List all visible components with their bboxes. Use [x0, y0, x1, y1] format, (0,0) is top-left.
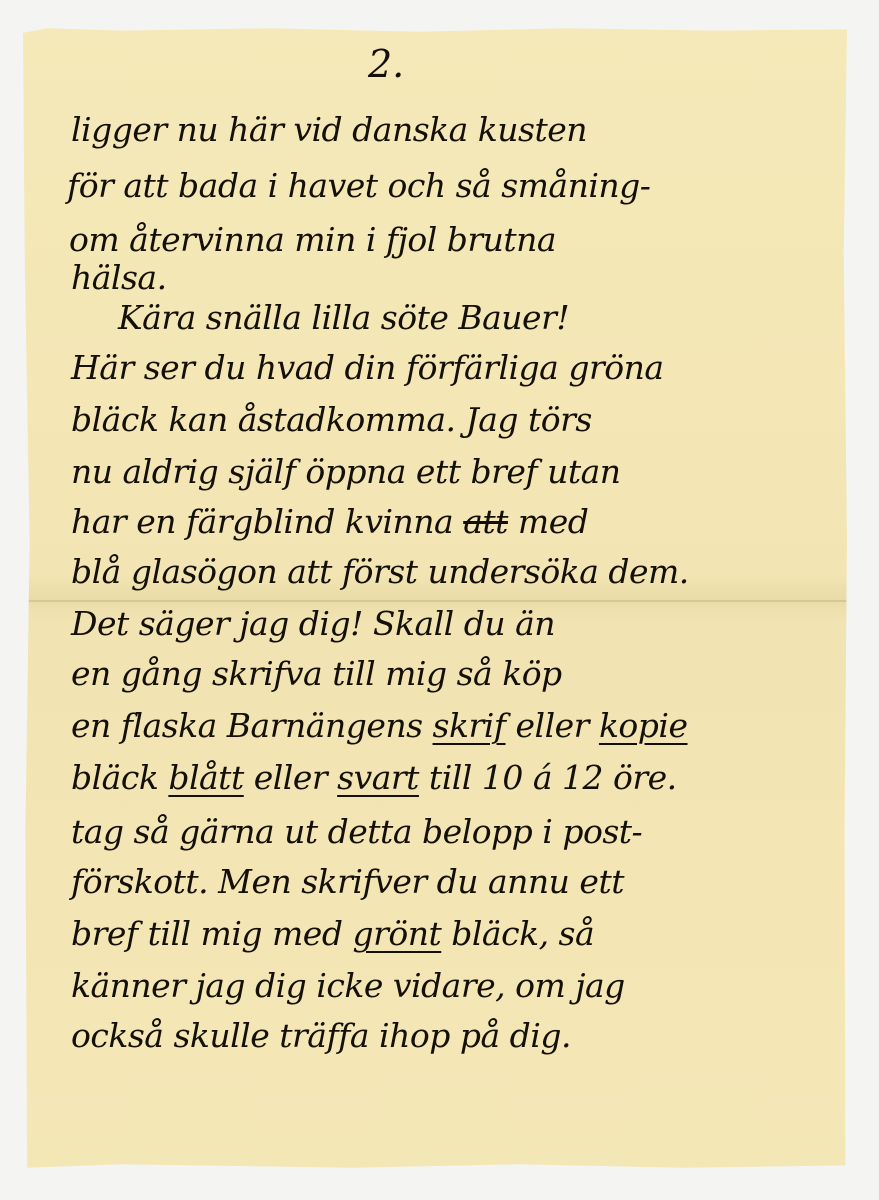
- salutation: Kära snälla lilla söte Bauer!: [118, 298, 569, 337]
- text-line: tag så gärna ut detta belopp i post-: [71, 812, 642, 851]
- text-line: Det säger jag dig! Skall du än: [71, 604, 555, 643]
- text: bläck: [71, 758, 168, 797]
- text-line: Här ser du hvad din förfärliga gröna: [71, 348, 664, 387]
- underlined-word: blått: [168, 758, 243, 797]
- text: eller: [506, 706, 599, 745]
- text: bläck, så: [441, 914, 594, 953]
- text: eller: [244, 758, 337, 797]
- underlined-word: svart: [337, 758, 419, 797]
- underlined-word: skrif: [433, 706, 506, 745]
- fold-crease: [23, 600, 847, 602]
- text-line: har en färgblind kvinna att med: [71, 502, 588, 541]
- text-line: ligger nu här vid danska kusten: [71, 110, 587, 149]
- text-line: om återvinna min i fjol brutna: [69, 220, 556, 259]
- text-line: bläck blått eller svart till 10 á 12 öre…: [71, 758, 677, 797]
- text-line: förskott. Men skrifver du annu ett: [71, 862, 624, 901]
- page-number: 2.: [368, 42, 404, 86]
- text-line: hälsa.: [71, 258, 167, 297]
- text-line: för att bada i havet och så småning-: [67, 166, 650, 205]
- text: bref till mig med: [71, 914, 352, 953]
- text: en flaska Barnängens: [71, 706, 433, 745]
- text-line: en flaska Barnängens skrif eller kopie: [71, 706, 688, 745]
- underlined-word: kopie: [599, 706, 688, 745]
- text-line: en gång skrifva till mig så köp: [71, 654, 562, 693]
- text-line: bref till mig med grönt bläck, så: [71, 914, 594, 953]
- text: har en färgblind kvinna: [71, 502, 463, 541]
- letter-page: 2. ligger nu här vid danska kusten för a…: [23, 26, 847, 1170]
- struck-word: att: [463, 502, 508, 541]
- underlined-word: grönt: [352, 914, 441, 953]
- text-line: också skulle träffa ihop på dig.: [71, 1016, 571, 1055]
- text-line: blå glasögon att först undersöka dem.: [71, 552, 689, 591]
- text-line: nu aldrig själf öppna ett bref utan: [71, 452, 621, 491]
- text-line: bläck kan åstadkomma. Jag törs: [71, 400, 592, 439]
- text-line: känner jag dig icke vidare, om jag: [71, 966, 625, 1005]
- text: med: [508, 502, 588, 541]
- text: till 10 á 12 öre.: [419, 758, 677, 797]
